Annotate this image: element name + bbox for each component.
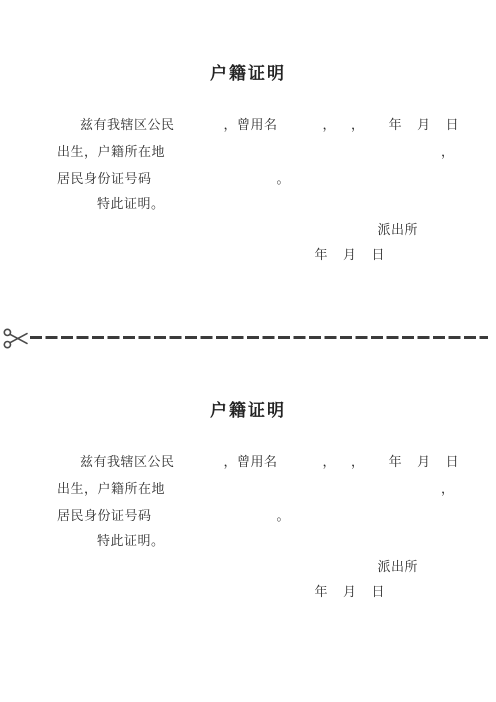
- certificate-title: 户籍证明: [0, 396, 496, 421]
- blank-field-address: [165, 155, 441, 156]
- blank-field-sign-month: [356, 595, 371, 596]
- line3-lead-text: 居民身份证号码: [57, 508, 152, 523]
- body-line-1: 兹有我辖区公民，曾用名，，年月日: [80, 453, 459, 470]
- blank-field-sign-month: [356, 258, 371, 259]
- line1-comma-1: ，: [323, 117, 337, 132]
- blank-field-address: [165, 492, 441, 493]
- line3-trailing-period: 。: [277, 508, 291, 523]
- line2-trailing-comma: ，: [441, 481, 455, 496]
- blank-field-former-name: [278, 128, 323, 129]
- blank-field-former-name: [278, 465, 323, 466]
- line1-year-label: 年: [389, 454, 403, 469]
- blank-field-birth-day: [431, 465, 446, 466]
- body-line-1: 兹有我辖区公民，曾用名，，年月日: [80, 116, 459, 133]
- blank-field-name: [175, 465, 224, 466]
- line1-day-label: 日: [446, 454, 460, 469]
- certificate-copy-1: 户籍证明 兹有我辖区公民，曾用名，，年月日 出生，户籍所在地， 居民身份证号码。…: [0, 0, 496, 300]
- date-year-label: 年: [314, 584, 328, 599]
- blank-field-birth-day: [431, 128, 446, 129]
- line1-year-label: 年: [389, 117, 403, 132]
- body-line-2: 出生，户籍所在地，: [57, 480, 455, 497]
- date-day-label: 日: [371, 247, 385, 262]
- line1-lead-text: 兹有我辖区公民: [80, 117, 175, 132]
- body-line-3: 居民身份证号码。: [57, 170, 290, 187]
- document-page: 户籍证明 兹有我辖区公民，曾用名，，年月日 出生，户籍所在地， 居民身份证号码。…: [0, 0, 496, 702]
- line1-former-name-label: ，曾用名: [224, 117, 278, 132]
- certificate-copy-2: 户籍证明 兹有我辖区公民，曾用名，，年月日 出生，户籍所在地， 居民身份证号码。…: [0, 337, 496, 637]
- line2-lead-text: 出生，户籍所在地: [57, 144, 165, 159]
- blank-field-id-number: [152, 519, 277, 520]
- signature-office-line: 派出所: [377, 221, 418, 238]
- line1-lead-text: 兹有我辖区公民: [80, 454, 175, 469]
- line1-comma-2: ，: [351, 454, 365, 469]
- signature-office-line: 派出所: [377, 558, 418, 575]
- blank-field-gender: [336, 465, 351, 466]
- signature-date-line: 年月日: [314, 583, 385, 600]
- blank-field-sign-year: [328, 595, 343, 596]
- closing-line: 特此证明。: [97, 195, 165, 212]
- blank-field-gender: [336, 128, 351, 129]
- line2-lead-text: 出生，户籍所在地: [57, 481, 165, 496]
- body-line-2: 出生，户籍所在地，: [57, 143, 455, 160]
- line1-comma-2: ，: [351, 117, 365, 132]
- blank-field-birth-month: [402, 465, 417, 466]
- date-month-label: 月: [343, 247, 357, 262]
- line1-comma-1: ，: [323, 454, 337, 469]
- blank-field-birth-year: [365, 128, 389, 129]
- line1-month-label: 月: [417, 117, 431, 132]
- date-month-label: 月: [343, 584, 357, 599]
- date-year-label: 年: [314, 247, 328, 262]
- signature-date-line: 年月日: [314, 246, 385, 263]
- blank-field-birth-month: [402, 128, 417, 129]
- line1-month-label: 月: [417, 454, 431, 469]
- blank-field-id-number: [152, 182, 277, 183]
- body-line-3: 居民身份证号码。: [57, 507, 290, 524]
- closing-line: 特此证明。: [97, 532, 165, 549]
- certificate-title: 户籍证明: [0, 59, 496, 84]
- line3-lead-text: 居民身份证号码: [57, 171, 152, 186]
- blank-field-name: [175, 128, 224, 129]
- line2-trailing-comma: ，: [441, 144, 455, 159]
- date-day-label: 日: [371, 584, 385, 599]
- blank-field-birth-year: [365, 465, 389, 466]
- blank-field-sign-year: [328, 258, 343, 259]
- line1-former-name-label: ，曾用名: [224, 454, 278, 469]
- line1-day-label: 日: [446, 117, 460, 132]
- line3-trailing-period: 。: [277, 171, 291, 186]
